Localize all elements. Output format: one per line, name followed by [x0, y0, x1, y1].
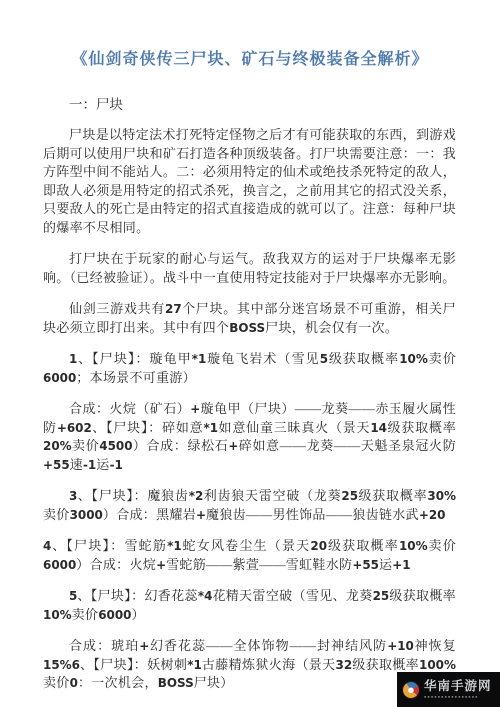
article-body: 尸块是以特定法术打死特定怪物之后才有可能获取的东西，到游戏后期可以使用尸块和矿石…	[43, 126, 456, 693]
article-paragraph: 仙剑三游戏共有27个尸块。其中部分迷宫场景不可重游，相关尸块必须立即打出来。其中…	[43, 300, 456, 337]
watermark-tagline: ▪▪▪▪▪▪▪▪▪▪▪▪▪▪▪▪	[424, 695, 492, 699]
article-paragraph: 5、【尸块】：幻香花蕊*4花精天雷空破（雪见、龙葵25级获取概率10%卖价600…	[43, 587, 456, 624]
article-paragraph: 1、【尸块】：璇龟甲*1璇龟飞岩术（雪见5级获取概率10%卖价6000；本场景不…	[43, 350, 456, 387]
article-paragraph: 3、【尸块】：魔狼齿*2利齿狼天雷空破（龙葵25级获取概率30%卖价3000）合…	[43, 487, 456, 524]
article-paragraph: 合成：火烷（矿石）+璇龟甲（尸块）——龙葵——赤玉履火属性防+602、【尸块】：…	[43, 400, 456, 474]
watermark-text: 华南手游网 ▪▪▪▪▪▪▪▪▪▪▪▪▪▪▪▪	[424, 680, 492, 700]
page-title: 《仙剑奇侠传三尸块、矿石与终极装备全解析》	[40, 46, 460, 69]
document-page: 《仙剑奇侠传三尸块、矿石与终极装备全解析》 一：尸块 尸块是以特定法术打死特定怪…	[0, 0, 500, 707]
article-paragraph: 4、【尸块】：雪蛇筋*1蛇女风卷尘生（景天20级获取概率10%卖价6000）合成…	[43, 537, 456, 574]
watermark-badge: 华南手游网 ▪▪▪▪▪▪▪▪▪▪▪▪▪▪▪▪	[397, 672, 500, 707]
site-logo-icon	[403, 682, 419, 698]
article-paragraph: 打尸块在于玩家的耐心与运气。敌我双方的运对于尸块爆率无影响。（已经被验证）。战斗…	[43, 250, 456, 287]
section-heading: 一：尸块	[43, 93, 455, 113]
article-paragraph: 合成：琥珀+幻香花蕊——全体饰物——封神结风防+10神恢复15%6、【尸块】：妖…	[43, 637, 456, 693]
watermark-site-name: 华南手游网	[424, 680, 492, 693]
article-paragraph: 尸块是以特定法术打死特定怪物之后才有可能获取的东西，到游戏后期可以使用尸块和矿石…	[43, 126, 456, 237]
